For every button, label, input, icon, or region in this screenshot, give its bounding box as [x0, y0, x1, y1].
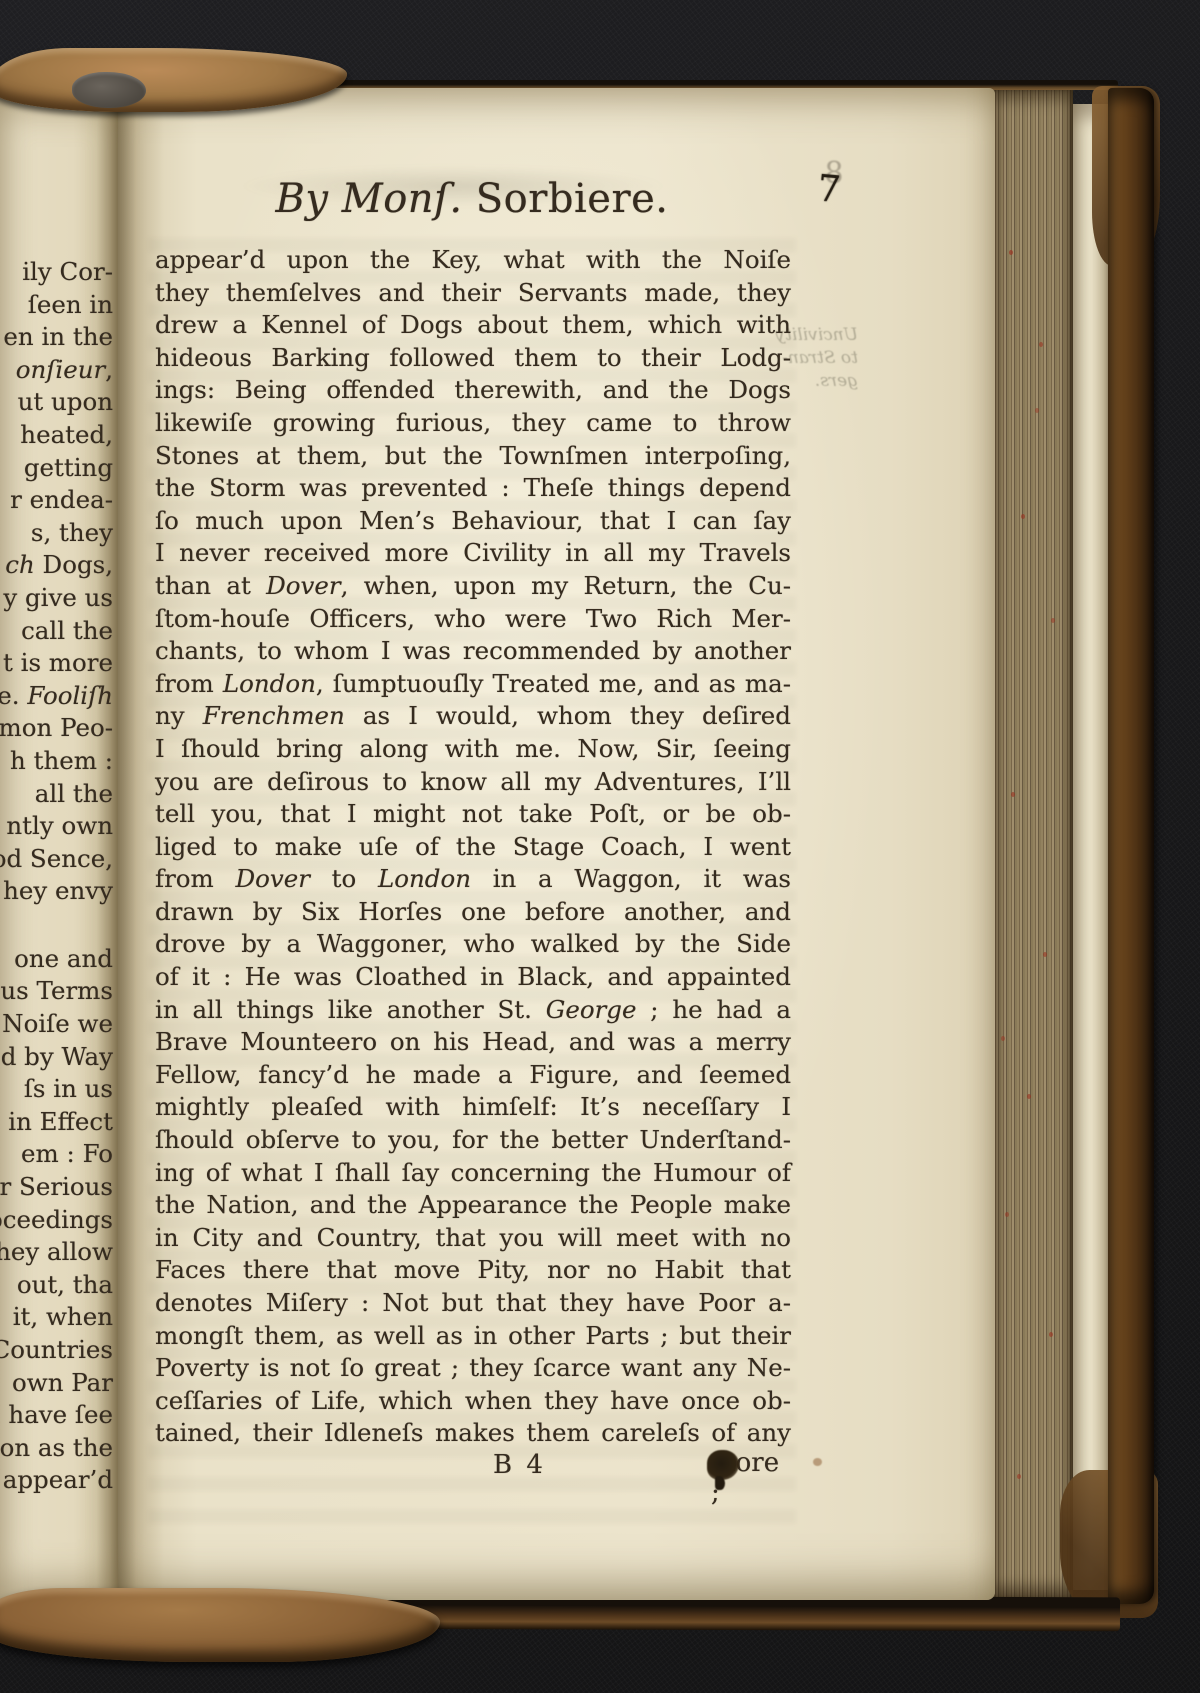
- left-fragment-line: ir Serious: [0, 1171, 113, 1204]
- left-fragment-line: ſeen in: [0, 289, 113, 322]
- body-line: denotes Miſery : Not but that they have …: [155, 1287, 791, 1320]
- left-fragment-line: out, tha: [0, 1269, 113, 1302]
- body-line: chants, to whom I was recommended by ano…: [155, 635, 791, 668]
- body-line: Poverty is not ſo great ; they ſcarce wa…: [155, 1352, 791, 1385]
- body-line: in City and Country, that you will meet …: [155, 1222, 791, 1255]
- left-fragment-line: hey allow: [0, 1236, 113, 1269]
- body-line: they themſelves and their Servants made,…: [155, 277, 791, 310]
- left-fragment-line: d by Way: [0, 1041, 113, 1074]
- body-line: ny Frenchmen as I would, whom they deſir…: [155, 700, 791, 733]
- left-page-fragments: ily Cor-ſeen inen in theonſieur,ut uponh…: [0, 256, 113, 1497]
- body-line: ſtom-houſe Officers, who were Two Rich M…: [155, 603, 791, 636]
- left-fragment-line: ily Cor-: [0, 256, 113, 289]
- body-line: in all things like another St. George ; …: [155, 994, 791, 1027]
- left-fragment-line: od Sence,: [0, 843, 113, 876]
- left-fragment-line: getting: [0, 452, 113, 485]
- left-fragment-line: on as the: [0, 1432, 113, 1465]
- left-fragment-line: heated,: [0, 419, 113, 452]
- body-line: liged to make uſe of the Stage Coach, I …: [155, 831, 791, 864]
- signature-mark: B 4: [493, 1450, 546, 1480]
- left-page: ily Cor-ſeen inen in theonſieur,ut uponh…: [0, 88, 118, 1610]
- body-line: ſhould obſerve to you, for the better Un…: [155, 1124, 791, 1157]
- body-line: than at Dover, when, upon my Return, the…: [155, 570, 791, 603]
- photo-background: ily Cor-ſeen inen in theonſieur,ut uponh…: [0, 0, 1200, 1693]
- running-head: By Monſ. Sorbiere.: [155, 176, 789, 222]
- left-fragment-line: en in the: [0, 321, 113, 354]
- left-fragment-line: I have ſee: [0, 1399, 113, 1432]
- body-line: ceſſaries of Life, which when they have …: [155, 1385, 791, 1418]
- left-fragment-line: y give us: [0, 582, 113, 615]
- page-number: 8 7: [804, 156, 864, 210]
- left-fragment-line: ous Terms: [0, 975, 113, 1008]
- signature-row: B 4 more ;: [155, 1450, 791, 1486]
- left-fragment-line: mon Peo-: [0, 712, 113, 745]
- book-fore-edge: [993, 90, 1073, 1598]
- book-cover-right: [1108, 88, 1154, 1604]
- body-line: of it : He was Cloathed in Black, and ap…: [155, 961, 791, 994]
- ink-blot-tail: [715, 1476, 725, 1490]
- left-fragment-line: one and: [0, 943, 113, 976]
- left-fragment-line: h them :: [0, 745, 113, 778]
- body-line: I never received more Civility in all my…: [155, 537, 791, 570]
- endleaf-strip: [1073, 104, 1111, 1590]
- left-fragment-line: call the: [0, 615, 113, 648]
- left-fragment-line: ntly own: [0, 810, 113, 843]
- left-fragment-line: Countries: [0, 1334, 113, 1367]
- body-line: mongſt them, as well as in other Parts ;…: [155, 1320, 791, 1353]
- book-bottom-edge: [360, 1595, 1120, 1632]
- body-line: you are deſirous to know all my Adventur…: [155, 766, 791, 799]
- left-fragment-line: Noiſe we: [0, 1008, 113, 1041]
- left-fragment-line: hey envy: [0, 875, 113, 908]
- left-fragment-line: oceedings: [0, 1204, 113, 1237]
- left-fragment-line: r endea-: [0, 484, 113, 517]
- body-line: the Storm was prevented : Theſe things d…: [155, 472, 791, 505]
- body-line: Stones at them, but the Townſmen interpo…: [155, 440, 791, 473]
- left-fragment-line: ch Dogs,: [0, 549, 113, 582]
- left-fragment-line: e. Fooliſh: [0, 680, 113, 713]
- rust-spot: [813, 1458, 822, 1466]
- body-line: the Nation, and the Appearance the Peopl…: [155, 1189, 791, 1222]
- left-fragment-line: appear’d: [0, 1464, 113, 1497]
- body-line: appear’d upon the Key, what with the Noi…: [155, 244, 791, 277]
- bottom-leather-clasp: [0, 1588, 440, 1662]
- body-line: drew a Kennel of Dogs about them, which …: [155, 309, 791, 342]
- left-fragment-line: onſieur,: [0, 354, 113, 387]
- top-leather-detail: [72, 72, 146, 108]
- body-line: drove by a Waggoner, who walked by the S…: [155, 928, 791, 961]
- body-line: tell you, that I might not take Poſt, or…: [155, 798, 791, 831]
- left-fragment-line: t is more: [0, 647, 113, 680]
- body-line: from London, ſumptuouſly Treated me, and…: [155, 668, 791, 701]
- body-line: likewiſe growing furious, they came to t…: [155, 407, 791, 440]
- body-line: ings: Being offended therewith, and the …: [155, 374, 791, 407]
- left-fragment-line: own Par: [0, 1367, 113, 1400]
- body-line: ing of what I ſhall ſay concerning the H…: [155, 1157, 791, 1190]
- body-line: ſo much upon Men’s Behaviour, that I can…: [155, 505, 791, 538]
- body-line: Fellow, fancy’d he made a Figure, and ſe…: [155, 1059, 791, 1092]
- body-line: Brave Mounteero on his Head, and was a m…: [155, 1026, 791, 1059]
- body-line: hideous Barking followed them to their L…: [155, 342, 791, 375]
- running-head-italic: By Monſ.: [276, 176, 463, 222]
- left-fragment-line: ut upon: [0, 386, 113, 419]
- left-fragment-line: ſs in us: [0, 1073, 113, 1106]
- left-fragment-line: all the: [0, 778, 113, 811]
- body-line: from Dover to London in a Waggon, it was: [155, 863, 791, 896]
- left-fragment-line: s, they: [0, 517, 113, 550]
- left-fragment-line: it, when: [0, 1301, 113, 1334]
- page-number-value: 7: [792, 166, 865, 213]
- body-line: mightly pleaſed with himſelf: It’s neceſ…: [155, 1091, 791, 1124]
- running-head-roman: Sorbiere.: [463, 176, 669, 222]
- right-page: By Monſ. Sorbiere. 8 7 Uncivilityto Stra…: [118, 88, 995, 1600]
- body-line: I ſhould bring along with me. Now, Sir, …: [155, 733, 791, 766]
- body-text: appear’d upon the Key, what with the Noi…: [155, 244, 791, 1450]
- left-fragment-line: em : Fo: [0, 1138, 113, 1171]
- left-fragment-line: in Effect: [0, 1106, 113, 1139]
- body-line: tained, their Idleneſs makes them carele…: [155, 1417, 791, 1450]
- body-line: drawn by Six Horſes one before another, …: [155, 896, 791, 929]
- body-line: Faces there that move Pity, nor no Habit…: [155, 1254, 791, 1287]
